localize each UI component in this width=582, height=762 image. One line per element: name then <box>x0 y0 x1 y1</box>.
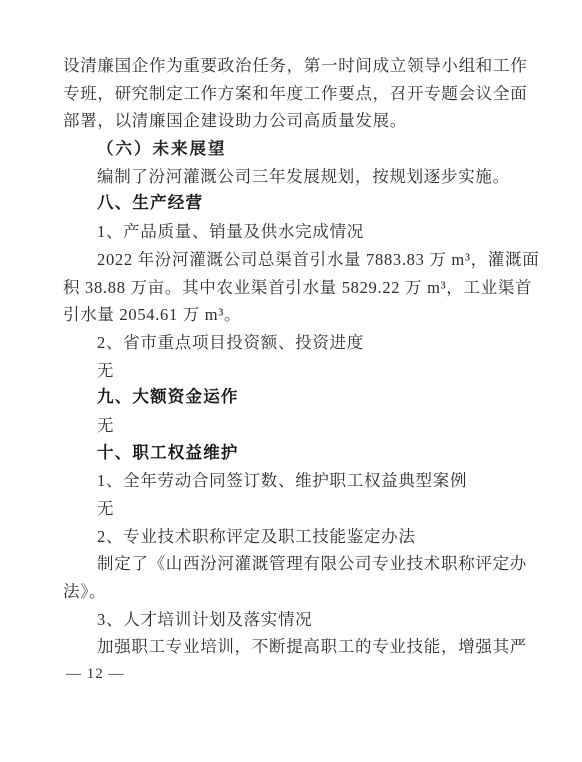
text-line: 加强职工专业培训，不断提高职工的专业技能，增强其严 <box>63 633 525 661</box>
text-line: 法》。 <box>63 578 525 606</box>
text-line: 设清廉国企作为重要政治任务，第一时间成立领导小组和工作 <box>63 52 525 80</box>
text-line: 2022 年汾河灌溉公司总渠首引水量 7883.83 万 m³，灌溉面 <box>63 246 525 274</box>
section-heading-employee-rights: 十、职工权益维护 <box>63 440 525 468</box>
text-line: 1、产品质量、销量及供水完成情况 <box>63 218 525 246</box>
document-body: 设清廉国企作为重要政治任务，第一时间成立领导小组和工作 专班，研究制定工作方案和… <box>63 52 525 661</box>
text-line: 2、省市重点项目投资额、投资进度 <box>63 329 525 357</box>
text-line: 专班，研究制定工作方案和年度工作要点，召开专题会议全面 <box>63 80 525 108</box>
text-line: 2、专业技术职称评定及职工技能鉴定办法 <box>63 523 525 551</box>
text-line: 积 38.88 万亩。其中农业渠首引水量 5829.22 万 m³，工业渠首 <box>63 274 525 302</box>
text-line-none: 无 <box>63 412 525 440</box>
subsection-heading-future-outlook: （六）未来展望 <box>63 135 525 163</box>
section-heading-large-funds: 九、大额资金运作 <box>63 384 525 412</box>
text-line: 部署，以清廉国企建设助力公司高质量发展。 <box>63 107 525 135</box>
text-line: 制定了《山西汾河灌溉管理有限公司专业技术职称评定办 <box>63 550 525 578</box>
text-line: 引水量 2054.61 万 m³。 <box>63 301 525 329</box>
text-line: 3、人才培训计划及落实情况 <box>63 606 525 634</box>
text-line: 1、全年劳动合同签订数、维护职工权益典型案例 <box>63 467 525 495</box>
text-line-none: 无 <box>63 357 525 385</box>
text-line: 编制了汾河灌溉公司三年发展规划，按规划逐步实施。 <box>63 163 525 191</box>
document-page: 设清廉国企作为重要政治任务，第一时间成立领导小组和工作 专班，研究制定工作方案和… <box>0 0 582 762</box>
section-heading-production-operation: 八、生产经营 <box>63 190 525 218</box>
page-number: — 12 — <box>66 666 125 683</box>
text-line-none: 无 <box>63 495 525 523</box>
